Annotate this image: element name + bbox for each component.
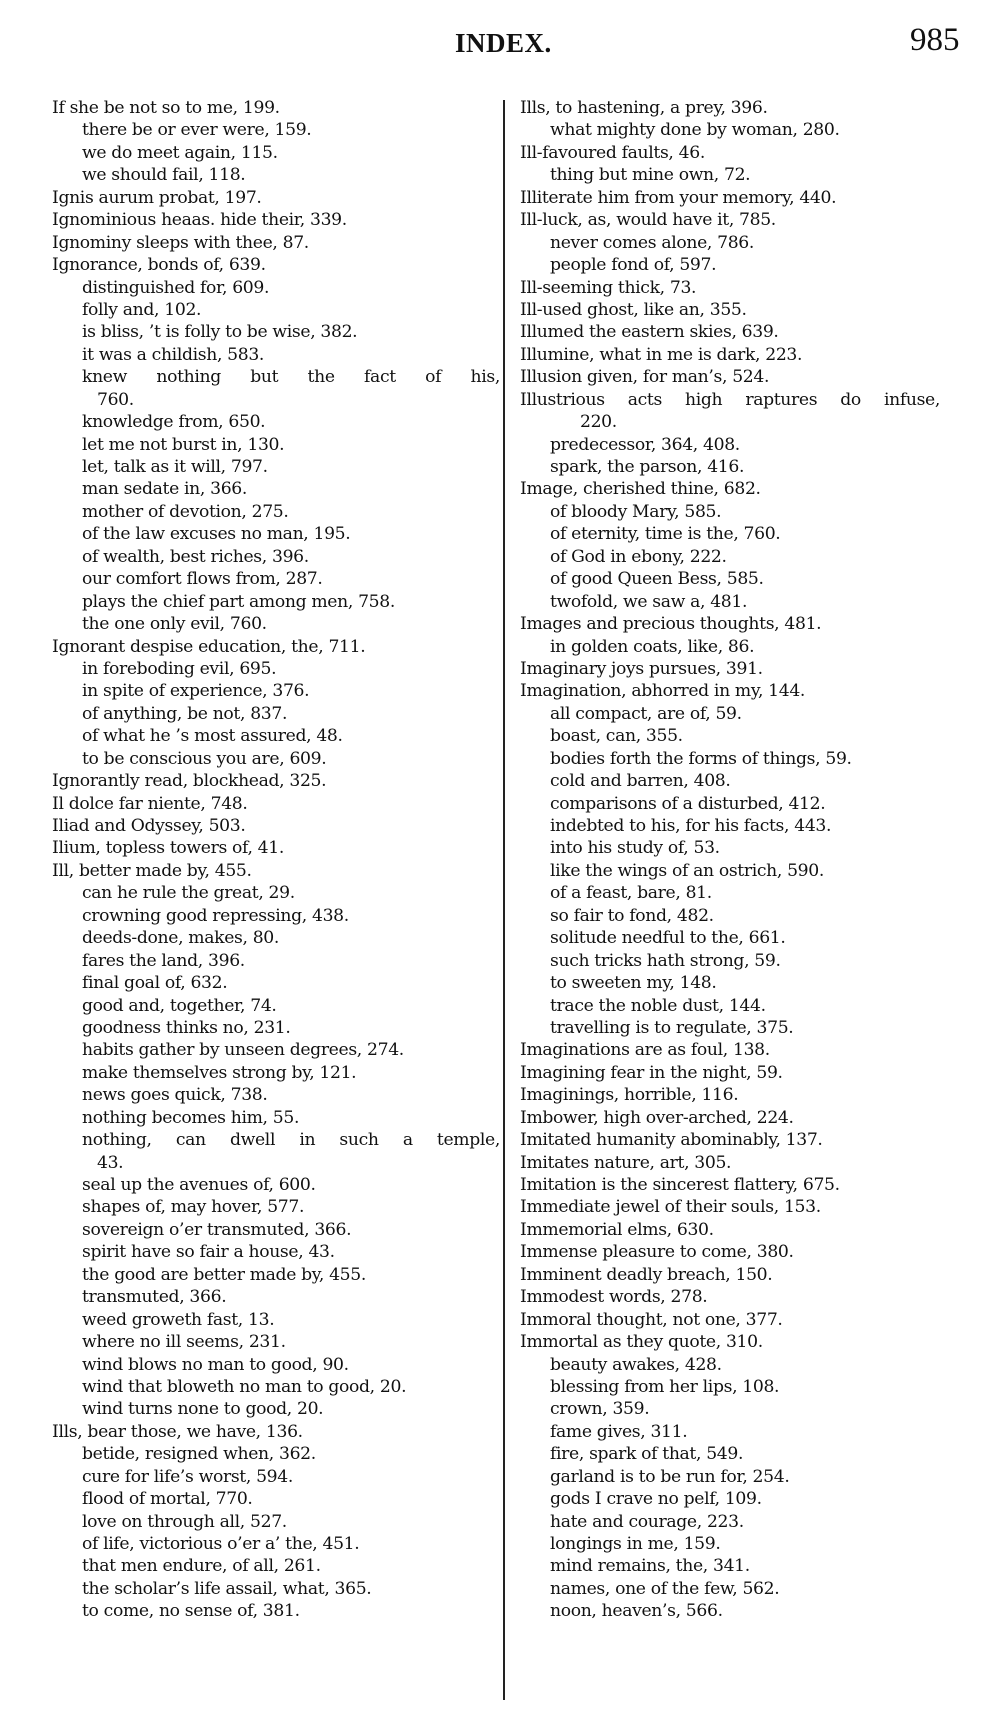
index-subentry: shapes of, may hover, 577. [52, 1196, 500, 1218]
index-column-right: Ills, to hastening, a prey, 396.what mig… [520, 97, 975, 1623]
index-subentry: of good Queen Bess, 585. [520, 568, 975, 590]
index-subentry: beauty awakes, 428. [520, 1354, 975, 1376]
index-entry: Ills, to hastening, a prey, 396. [520, 97, 975, 119]
index-subentry: wind blows no man to good, 90. [52, 1354, 500, 1376]
index-entry: Ignis aurum probat, 197. [52, 187, 500, 209]
index-subentry: knowledge from, 650. [52, 411, 500, 433]
index-column-left: If she be not so to me, 199.there be or … [52, 97, 500, 1623]
index-subentry: thing but mine own, 72. [520, 164, 975, 186]
index-entry: Imitation is the sincerest flattery, 675… [520, 1174, 975, 1196]
index-subentry: wind that bloweth no man to good, 20. [52, 1376, 500, 1398]
index-subentry: of anything, be not, 837. [52, 703, 500, 725]
index-entry: Iliad and Odyssey, 503. [52, 815, 500, 837]
index-subentry: so fair to fond, 482. [520, 905, 975, 927]
index-entry: Ill-seeming thick, 73. [520, 277, 975, 299]
index-subentry: longings in me, 159. [520, 1533, 975, 1555]
index-subentry: it was a childish, 583. [52, 344, 500, 366]
index-subentry: knew nothing but the fact of his, [52, 366, 500, 388]
index-subentry: hate and courage, 223. [520, 1511, 975, 1533]
index-subentry: of a feast, bare, 81. [520, 882, 975, 904]
index-entry: Immediate jewel of their souls, 153. [520, 1196, 975, 1218]
index-subentry: nothing becomes him, 55. [52, 1107, 500, 1129]
index-subentry: twofold, we saw a, 481. [520, 591, 975, 613]
index-subentry: wind turns none to good, 20. [52, 1398, 500, 1420]
index-entry: Immodest words, 278. [520, 1286, 975, 1308]
index-subentry: predecessor, 364, 408. [520, 434, 975, 456]
index-subentry: seal up the avenues of, 600. [52, 1174, 500, 1196]
index-entry: Images and precious thoughts, 481. [520, 613, 975, 635]
index-subentry: flood of mortal, 770. [52, 1488, 500, 1510]
index-subentry: news goes quick, 738. [52, 1084, 500, 1106]
index-subentry: trace the noble dust, 144. [520, 995, 975, 1017]
index-subentry: all compact, are of, 59. [520, 703, 975, 725]
index-subentry: let, talk as it will, 797. [52, 456, 500, 478]
index-subentry: garland is to be run for, 254. [520, 1466, 975, 1488]
index-subentry: let me not burst in, 130. [52, 434, 500, 456]
index-subentry: fire, spark of that, 549. [520, 1443, 975, 1465]
index-entry: Imagination, abhorred in my, 144. [520, 680, 975, 702]
index-subentry: cold and barren, 408. [520, 770, 975, 792]
index-subentry: betide, resigned when, 362. [52, 1443, 500, 1465]
index-subentry: of life, victorious o’er a’ the, 451. [52, 1533, 500, 1555]
index-entry: Ill-luck, as, would have it, 785. [520, 209, 975, 231]
index-subentry: spark, the parson, 416. [520, 456, 975, 478]
index-entry-continuation: 760. [52, 389, 500, 411]
index-entry-continuation: 43. [52, 1152, 500, 1174]
index-entry: Illiterate him from your memory, 440. [520, 187, 975, 209]
index-entry: Imaginations are as foul, 138. [520, 1039, 975, 1061]
index-subentry: distinguished for, 609. [52, 277, 500, 299]
index-entry: Image, cherished thine, 682. [520, 478, 975, 500]
index-subentry: sovereign o’er transmuted, 366. [52, 1219, 500, 1241]
index-subentry: can he rule the great, 29. [52, 882, 500, 904]
index-entry: Ignorance, bonds of, 639. [52, 254, 500, 276]
index-subentry: the good are better made by, 455. [52, 1264, 500, 1286]
index-entry: Illumed the eastern skies, 639. [520, 321, 975, 343]
index-entry: Ills, bear those, we have, 136. [52, 1421, 500, 1443]
index-subentry: nothing, can dwell in such a temple, [52, 1129, 500, 1151]
index-entry: If she be not so to me, 199. [52, 97, 500, 119]
index-subentry: spirit have so fair a house, 43. [52, 1241, 500, 1263]
index-subentry: mind remains, the, 341. [520, 1555, 975, 1577]
index-entry: Il dolce far niente, 748. [52, 793, 500, 815]
index-entry: Ill-used ghost, like an, 355. [520, 299, 975, 321]
index-subentry: in golden coats, like, 86. [520, 636, 975, 658]
index-subentry: bodies forth the forms of things, 59. [520, 748, 975, 770]
index-subentry: weed groweth fast, 13. [52, 1309, 500, 1331]
index-subentry: of God in ebony, 222. [520, 546, 975, 568]
index-subentry: crown, 359. [520, 1398, 975, 1420]
index-subentry: of wealth, best riches, 396. [52, 546, 500, 568]
index-subentry: in spite of experience, 376. [52, 680, 500, 702]
column-divider [503, 100, 505, 1700]
index-subentry: make themselves strong by, 121. [52, 1062, 500, 1084]
index-entry: Ill, better made by, 455. [52, 860, 500, 882]
index-subentry: love on through all, 527. [52, 1511, 500, 1533]
index-subentry: boast, can, 355. [520, 725, 975, 747]
index-subentry: there be or ever were, 159. [52, 119, 500, 141]
index-entry: Ignorantly read, blockhead, 325. [52, 770, 500, 792]
index-subentry: such tricks hath strong, 59. [520, 950, 975, 972]
index-entry: Imminent deadly breach, 150. [520, 1264, 975, 1286]
index-subentry: never comes alone, 786. [520, 232, 975, 254]
index-entry: Ilium, topless towers of, 41. [52, 837, 500, 859]
index-entry: Ignominious heaas. hide their, 339. [52, 209, 500, 231]
page-number: 985 [910, 22, 960, 59]
index-subentry: to sweeten my, 148. [520, 972, 975, 994]
page-header: INDEX. 985 [0, 22, 1000, 62]
index-entry: Ill-favoured faults, 46. [520, 142, 975, 164]
index-entry: Ignominy sleeps with thee, 87. [52, 232, 500, 254]
index-subentry: the scholar’s life assail, what, 365. [52, 1578, 500, 1600]
index-entry: Imaginings, horrible, 116. [520, 1084, 975, 1106]
index-subentry: what mighty done by woman, 280. [520, 119, 975, 141]
index-subentry: names, one of the few, 562. [520, 1578, 975, 1600]
index-subentry: solitude needful to the, 661. [520, 927, 975, 949]
index-subentry: noon, heaven’s, 566. [520, 1600, 975, 1622]
index-subentry: of bloody Mary, 585. [520, 501, 975, 523]
index-entry: Imaginary joys pursues, 391. [520, 658, 975, 680]
index-subentry: habits gather by unseen degrees, 274. [52, 1039, 500, 1061]
index-subentry: indebted to his, for his facts, 443. [520, 815, 975, 837]
index-subentry: to come, no sense of, 381. [52, 1600, 500, 1622]
index-subentry: final goal of, 632. [52, 972, 500, 994]
index-subentry: of the law excuses no man, 195. [52, 523, 500, 545]
index-entry: Immortal as they quote, 310. [520, 1331, 975, 1353]
index-subentry: where no ill seems, 231. [52, 1331, 500, 1353]
index-subentry: in foreboding evil, 695. [52, 658, 500, 680]
index-subentry: of what he ’s most assured, 48. [52, 725, 500, 747]
running-title: INDEX. [455, 28, 552, 59]
index-subentry: of eternity, time is the, 760. [520, 523, 975, 545]
index-subentry: deeds-done, makes, 80. [52, 927, 500, 949]
index-subentry: blessing from her lips, 108. [520, 1376, 975, 1398]
index-entry: Imbower, high over-arched, 224. [520, 1107, 975, 1129]
index-entry: Immense pleasure to come, 380. [520, 1241, 975, 1263]
index-subentry: transmuted, 366. [52, 1286, 500, 1308]
index-entry: Imagining fear in the night, 59. [520, 1062, 975, 1084]
index-subentry: mother of devotion, 275. [52, 501, 500, 523]
index-subentry: the one only evil, 760. [52, 613, 500, 635]
index-entry: Imitates nature, art, 305. [520, 1152, 975, 1174]
index-subentry: folly and, 102. [52, 299, 500, 321]
index-subentry: gods I crave no pelf, 109. [520, 1488, 975, 1510]
index-subentry: we should fail, 118. [52, 164, 500, 186]
index-subentry: goodness thinks no, 231. [52, 1017, 500, 1039]
index-entry: Immemorial elms, 630. [520, 1219, 975, 1241]
index-subentry: people fond of, 597. [520, 254, 975, 276]
index-entry: Illusion given, for man’s, 524. [520, 366, 975, 388]
index-subentry: cure for life’s worst, 594. [52, 1466, 500, 1488]
index-entry: Illumine, what in me is dark, 223. [520, 344, 975, 366]
index-subentry: that men endure, of all, 261. [52, 1555, 500, 1577]
index-subentry: man sedate in, 366. [52, 478, 500, 500]
index-subentry: is bliss, ’t is folly to be wise, 382. [52, 321, 500, 343]
index-entry: Ignorant despise education, the, 711. [52, 636, 500, 658]
index-subentry: fame gives, 311. [520, 1421, 975, 1443]
index-subentry: our comfort flows from, 287. [52, 568, 500, 590]
index-entry-continuation: 220. [520, 411, 975, 433]
index-subentry: good and, together, 74. [52, 995, 500, 1017]
index-subentry: fares the land, 396. [52, 950, 500, 972]
index-subentry: to be conscious you are, 609. [52, 748, 500, 770]
index-entry: Immoral thought, not one, 377. [520, 1309, 975, 1331]
index-entry: Illustrious acts high raptures do infuse… [520, 389, 940, 411]
index-subentry: into his study of, 53. [520, 837, 975, 859]
index-subentry: comparisons of a disturbed, 412. [520, 793, 975, 815]
index-entry: Imitated humanity abominably, 137. [520, 1129, 975, 1151]
index-subentry: travelling is to regulate, 375. [520, 1017, 975, 1039]
index-subentry: plays the chief part among men, 758. [52, 591, 500, 613]
index-subentry: we do meet again, 115. [52, 142, 500, 164]
index-subentry: crowning good repressing, 438. [52, 905, 500, 927]
index-subentry: like the wings of an ostrich, 590. [520, 860, 975, 882]
